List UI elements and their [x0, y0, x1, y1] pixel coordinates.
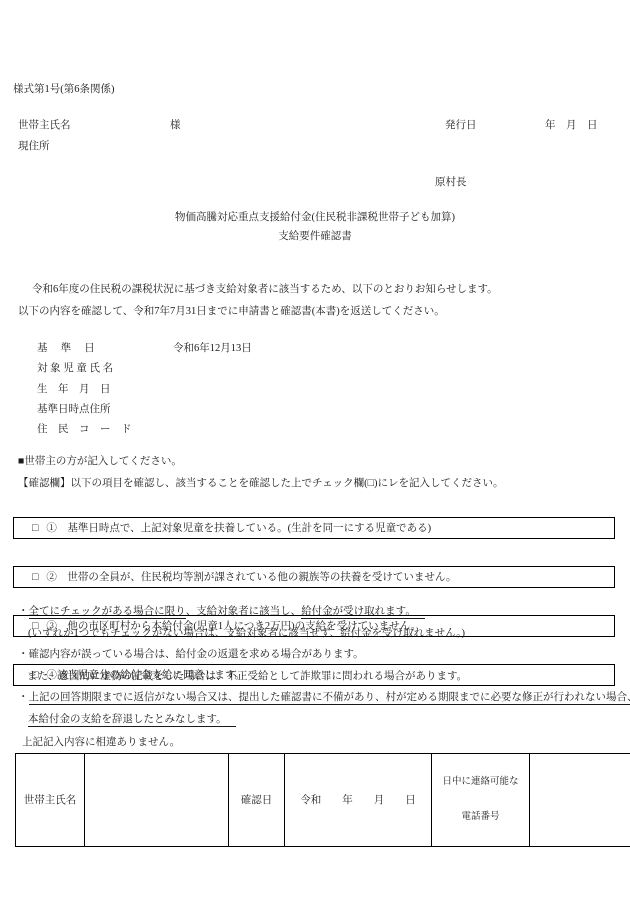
checklist-text-2: ② 世帯の全員が、住民税均等割が課されている他の親族等の扶養を受けていません。	[46, 571, 456, 584]
declaration: 上記記入内容に相違ありません。	[22, 736, 180, 749]
checklist-row-2: □ ② 世帯の全員が、住民税均等割が課されている他の親族等の扶養を受けていません…	[13, 566, 615, 588]
intro-line2: 以下の内容を確認して、令和7年7月31日までに申請書と確認書(本書)を返送してく…	[18, 305, 445, 318]
note-3: ・上記の回答期限までに返信がない場合又は、提出した確認書に不備があり、村が定める…	[18, 691, 630, 704]
bullet-icon: ・	[18, 606, 29, 617]
note-2: ・確認内容が誤っている場合は、給付金の返還を求める場合があります。	[18, 648, 364, 661]
checkbox-1[interactable]: □	[32, 522, 38, 535]
signature-table: 世帯主氏名 確認日 令和 年 月 日 日中に連絡可能な 電話番号	[15, 753, 630, 847]
phone-label-line1: 日中に連絡可能な	[434, 777, 527, 789]
householder-fill-note: ■世帯主の方が記入してください。	[18, 455, 182, 468]
field-label-address-at-base-date: 基準日時点住所	[37, 403, 111, 416]
note-1: ・全てにチェックがある場合に限り、支給対象者に該当し、給付金が受け取れます。	[18, 605, 425, 618]
field-value-base-date: 令和6年12月13日	[173, 342, 252, 355]
bullet-icon: ・	[18, 692, 29, 703]
checklist-text-1: ① 基準日時点で、上記対象児童を扶養している。(生計を同一にする児童である)	[46, 522, 431, 535]
field-label-base-date: 基 準 日	[37, 342, 95, 355]
issue-date-blanks: 年 月 日	[545, 119, 598, 132]
checkbox-2[interactable]: □	[32, 571, 38, 584]
phone-label-line2: 電話番号	[434, 812, 527, 824]
document-title-line1: 物価高騰対応重点支援給付金(住民税非課税世帯子ども加算)	[0, 211, 630, 224]
confirm-date-blank-cell[interactable]: 令和 年 月 日	[285, 754, 432, 847]
honorific-sama: 様	[170, 119, 181, 132]
bullet-icon: ・	[18, 649, 29, 660]
checklist-row-1: □ ① 基準日時点で、上記対象児童を扶養している。(生計を同一にする児童である)	[13, 517, 615, 539]
phone-input-cell[interactable]	[530, 754, 630, 847]
signature-row: 世帯主氏名 確認日 令和 年 月 日 日中に連絡可能な 電話番号	[16, 754, 630, 847]
issuer-name: 原村長	[435, 176, 467, 189]
note-1-underline-2: 給付金が受け取れます。	[301, 606, 425, 619]
note-3-underline-1: 上記の回答期限までに返信がない場合又は、提出した確認書に不備があり、村が定める期…	[29, 692, 630, 705]
householder-name-label-cell: 世帯主氏名	[16, 754, 85, 847]
field-label-resident-code: 住 民 コ ー ド	[37, 423, 132, 436]
document-page: 様式第1号(第6条関係) 世帯主氏名 様 発行日 年 月 日 現住所 原村長 物…	[0, 0, 630, 903]
note-2-sub: また、意図的に虚偽の記載をした場合は、不正受給として詐欺罪に問われる場合がありま…	[27, 670, 467, 683]
confirm-date-label-cell: 確認日	[229, 754, 285, 847]
checklist-instruction: 【確認欄】以下の項目を確認し、該当することを確認した上でチェック欄(□)にレを記…	[18, 477, 504, 490]
form-number: 様式第1号(第6条関係)	[13, 83, 115, 96]
note-3-underline-2: 本給付金の支給を辞退したとみなします。	[28, 714, 236, 727]
note-1-sub: (いずれか1つでもチェックがない場合は、支給対象者に該当せず、給付金を受け取れま…	[28, 627, 465, 640]
note-1-middle: 、支給対象者に該当し、	[186, 606, 302, 617]
note-3-sub: 本給付金の支給を辞退したとみなします。	[28, 713, 236, 726]
document-title-line2: 支給要件確認書	[0, 230, 630, 243]
phone-label-cell: 日中に連絡可能な 電話番号	[432, 754, 530, 847]
field-label-birth-date: 生 年 月 日	[37, 383, 111, 396]
householder-name-label: 世帯主氏名	[18, 119, 71, 132]
issue-date-label: 発行日	[445, 119, 477, 132]
intro-line1: 令和6年度の住民税の課税状況に基づき支給対象者に該当するため、以下のとおりお知ら…	[32, 283, 498, 296]
current-address-label: 現住所	[18, 140, 50, 153]
field-label-child-name: 対 象 児 童 氏 名	[37, 362, 113, 375]
householder-name-input-cell[interactable]	[85, 754, 229, 847]
note-2-text: 確認内容が誤っている場合は、給付金の返還を求める場合があります。	[29, 649, 364, 660]
note-1-underline-1: 全てにチェックがある場合に限り	[29, 606, 186, 619]
